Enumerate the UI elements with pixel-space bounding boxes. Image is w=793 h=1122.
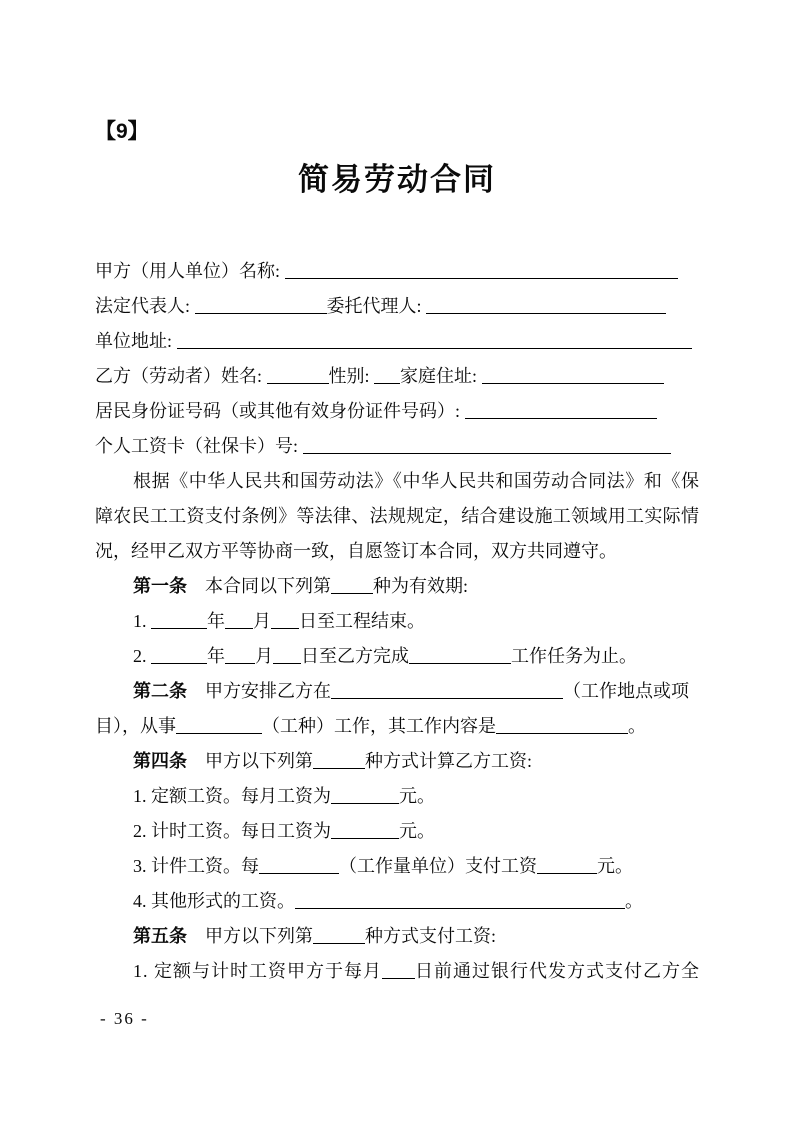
clause-heading: 第四条	[133, 751, 187, 771]
clause-heading: 第二条	[133, 681, 187, 701]
text-segment: 种方式支付工资:	[365, 926, 496, 946]
fill-in-blank	[225, 645, 255, 664]
field-party-a-name: 甲方（用人单位）名称:	[95, 254, 699, 289]
fill-in-blank	[382, 960, 415, 979]
field-salary-card-number: 个人工资卡（社保卡）号:	[95, 429, 699, 464]
text-segment: 本合同以下列第	[187, 576, 331, 596]
field-company-address: 单位地址:	[95, 324, 699, 359]
text-segment: 日至工程结束。	[299, 611, 425, 631]
text-segment: 月	[255, 646, 273, 666]
clause-1-heading: 第一条 本合同以下列第种为有效期:	[95, 569, 699, 604]
fill-in-blank	[331, 820, 399, 839]
field-party-b-name-gender-address: 乙方（劳动者）姓名: 性别: 家庭住址:	[95, 359, 699, 394]
fill-in-blank	[537, 855, 597, 874]
fill-in-blank	[303, 435, 671, 454]
fill-in-blank	[176, 715, 262, 734]
clause-2-line-2: 目），从事（工种）工作，其工作内容是。	[95, 709, 699, 744]
text-segment: 个人工资卡（社保卡）号:	[95, 436, 303, 456]
page-content: 【9】 简易劳动合同 甲方（用人单位）名称: 法定代表人: 委托代理人: 单位地…	[95, 118, 699, 989]
text-segment: 元。	[399, 786, 435, 806]
clause-5-heading: 第五条 甲方以下列第种方式支付工资:	[95, 919, 699, 954]
fill-in-blank	[259, 855, 339, 874]
text-segment: 3. 计件工资。每	[133, 856, 259, 876]
text-segment: 家庭住址:	[400, 366, 482, 386]
text-segment: 甲方以下列第	[187, 926, 313, 946]
text-segment: 日前通过银行代发方式支付乙方全	[415, 961, 700, 981]
text-segment: 年	[207, 646, 225, 666]
clause-heading: 第五条	[133, 926, 187, 946]
text-segment: 。	[628, 716, 646, 736]
page-title: 简易劳动合同	[95, 160, 699, 200]
text-segment: 单位地址:	[95, 331, 177, 351]
text-segment: 1.	[133, 611, 151, 631]
text-segment: 甲方以下列第	[187, 751, 313, 771]
clause-4-item-3: 3. 计件工资。每（工作量单位）支付工资元。	[95, 849, 699, 884]
fill-in-blank	[331, 575, 373, 594]
text-segment: 1. 定额与计时工资甲方于每月	[133, 961, 382, 981]
fill-in-blank	[465, 400, 657, 419]
clause-1-item-2: 2. 年月日至乙方完成工作任务为止。	[95, 639, 699, 674]
text-segment: 种方式计算乙方工资:	[365, 751, 532, 771]
text-segment: 甲方安排乙方在	[187, 681, 331, 701]
field-legal-representative: 法定代表人: 委托代理人:	[95, 289, 699, 324]
fill-in-blank	[496, 715, 628, 734]
clause-1-item-1: 1. 年月日至工程结束。	[95, 604, 699, 639]
clause-2-line-1: 第二条 甲方安排乙方在（工作地点或项	[95, 674, 699, 709]
text-segment: 法定代表人:	[95, 296, 195, 316]
text-segment: （工种）工作，其工作内容是	[262, 716, 496, 736]
text-segment: 乙方（劳动者）姓名:	[95, 366, 267, 386]
page-number: - 36 -	[100, 1004, 149, 1034]
clause-4-item-4: 4. 其他形式的工资。。	[95, 884, 699, 919]
text-segment: 4. 其他形式的工资。	[133, 891, 295, 911]
fill-in-blank	[267, 365, 329, 384]
field-id-number: 居民身份证号码（或其他有效身份证件号码）:	[95, 394, 699, 429]
fill-in-blank	[195, 295, 327, 314]
text-segment: 种为有效期:	[373, 576, 468, 596]
fill-in-blank	[482, 365, 664, 384]
fill-in-blank	[295, 890, 625, 909]
clause-heading: 第一条	[133, 576, 187, 596]
text-segment: 日至乙方完成	[301, 646, 409, 666]
text-segment: 元。	[399, 821, 435, 841]
fill-in-blank	[331, 680, 563, 699]
text-segment: 居民身份证号码（或其他有效身份证件号码）:	[95, 401, 465, 421]
fill-in-blank	[177, 330, 692, 349]
text-segment: 。	[625, 891, 643, 911]
text-segment: 委托代理人:	[327, 296, 427, 316]
text-segment: 工作任务为止。	[511, 646, 637, 666]
fill-in-blank	[409, 645, 511, 664]
text-segment: 2.	[133, 646, 151, 666]
text-segment: 1. 定额工资。每月工资为	[133, 786, 331, 806]
text-segment: 性别:	[329, 366, 375, 386]
clause-4-item-1: 1. 定额工资。每月工资为元。	[95, 779, 699, 814]
fill-in-blank	[331, 785, 399, 804]
clause-4-item-2: 2. 计时工资。每日工资为元。	[95, 814, 699, 849]
text-segment: （工作地点或项	[563, 681, 689, 701]
fill-in-blank	[151, 610, 207, 629]
text-segment: 目），从事	[95, 716, 176, 736]
clause-4-heading: 第四条 甲方以下列第种方式计算乙方工资:	[95, 744, 699, 779]
fill-in-blank	[313, 750, 365, 769]
fill-in-blank	[426, 295, 666, 314]
document-index-tag: 【9】	[95, 118, 699, 146]
fill-in-blank	[374, 365, 400, 384]
text-segment: 2. 计时工资。每日工资为	[133, 821, 331, 841]
text-segment: 甲方（用人单位）名称:	[95, 261, 285, 281]
fill-in-blank	[271, 610, 299, 629]
fill-in-blank	[151, 645, 207, 664]
fill-in-blank	[225, 610, 253, 629]
fill-in-blank	[313, 925, 365, 944]
clause-5-item-1: 1. 定额与计时工资甲方于每月日前通过银行代发方式支付乙方全	[95, 954, 699, 989]
fill-in-blank	[285, 260, 678, 279]
preamble-paragraph: 根据《中华人民共和国劳动法》《中华人民共和国劳动合同法》和《保障农民工工资支付条…	[95, 464, 699, 569]
text-segment: 月	[253, 611, 271, 631]
document-lines: 甲方（用人单位）名称: 法定代表人: 委托代理人: 单位地址: 乙方（劳动者）姓…	[95, 254, 699, 989]
contract-page: 【9】 简易劳动合同 甲方（用人单位）名称: 法定代表人: 委托代理人: 单位地…	[0, 0, 793, 1122]
text-segment: 元。	[597, 856, 633, 876]
fill-in-blank	[273, 645, 301, 664]
text-segment: 年	[207, 611, 225, 631]
text-segment: （工作量单位）支付工资	[339, 856, 537, 876]
